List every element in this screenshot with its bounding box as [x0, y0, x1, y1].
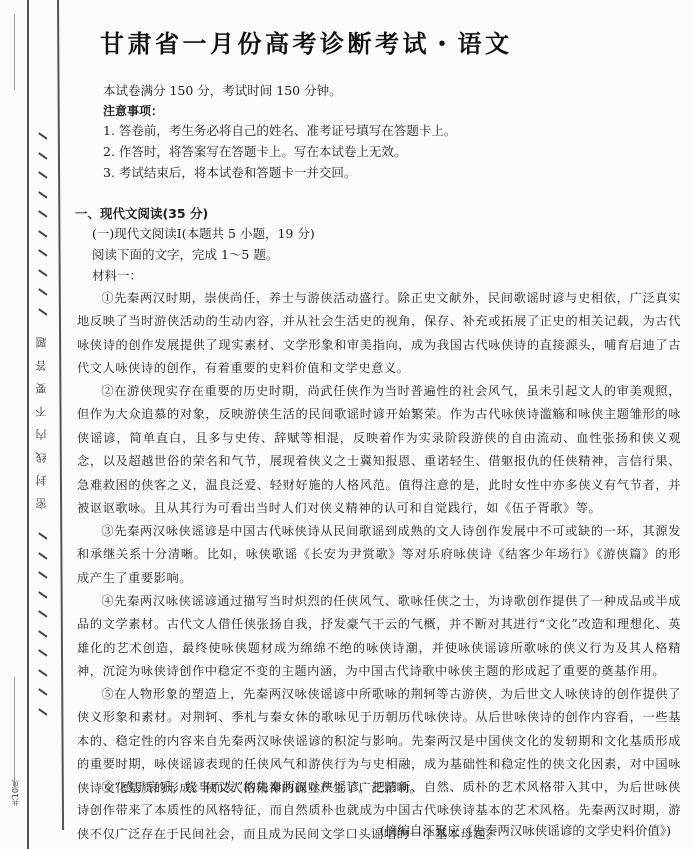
seal-line-text: 密封线内不要答题 — [34, 325, 50, 509]
margin-thin-line-bottom — [14, 677, 15, 787]
paragraph-3: ③先秦两汉咏侠谣谚是中国古代咏侠诗从民间歌谣到成熟的文人诗创作发展中不可或缺的一… — [77, 520, 681, 590]
section-heading: 一、现代文阅读(35 分) — [75, 205, 208, 223]
notice-item-1: 1. 答卷前，考生务必将自己的姓名、准考证号填写在答题卡上。 — [103, 122, 456, 140]
margin-thin-line-top — [14, 14, 15, 90]
page-label: 共10页 — [10, 780, 21, 806]
notice-item-2: 2. 作答时，将答案写在答题卡上。写在本试卷上无效。 — [103, 143, 406, 161]
page-title: 甘肃省一月份高考诊断考试・语文 — [100, 24, 600, 59]
score-time-info: 本试卷满分 150 分，考试时间 150 分钟。 — [103, 82, 342, 100]
source-citation: (摘编自汪聚应《先秦两汉咏侠谣谚的文学史料价值》) — [380, 821, 671, 839]
notice-title: 注意事项： — [103, 102, 163, 120]
paragraph-2: ②在游侠现实存在重要的历史时期，尚武任侠作为当时普遍性的社会风气，虽未引起文人的… — [77, 380, 681, 520]
section-subheading: (一)现代文阅读Ⅰ(本题共 5 小题，19 分) — [92, 225, 315, 243]
paragraph-1: ①先秦两汉时期，崇侠尚任，养士与游侠活动盛行。除正史文献外，民间歌谣时谚与史相依… — [77, 287, 681, 381]
seal-slashes-top — [35, 126, 51, 321]
seal-slashes-bottom — [35, 526, 51, 721]
material-label: 材料一： — [92, 267, 142, 285]
reading-instruction: 阅读下面的文字，完成 1～5 题。 — [92, 246, 278, 264]
binding-line-outer — [27, 0, 29, 849]
paragraph-4: ④先秦两汉咏侠谣谚通过描写当时炽烈的任侠风气、歌咏任侠之士，为诗歌创作提供了一种… — [77, 590, 681, 684]
notice-item-3: 3. 考试结束后，将本试卷和答题卡一并交回。 — [103, 164, 356, 182]
binding-line-inner — [57, 0, 64, 830]
